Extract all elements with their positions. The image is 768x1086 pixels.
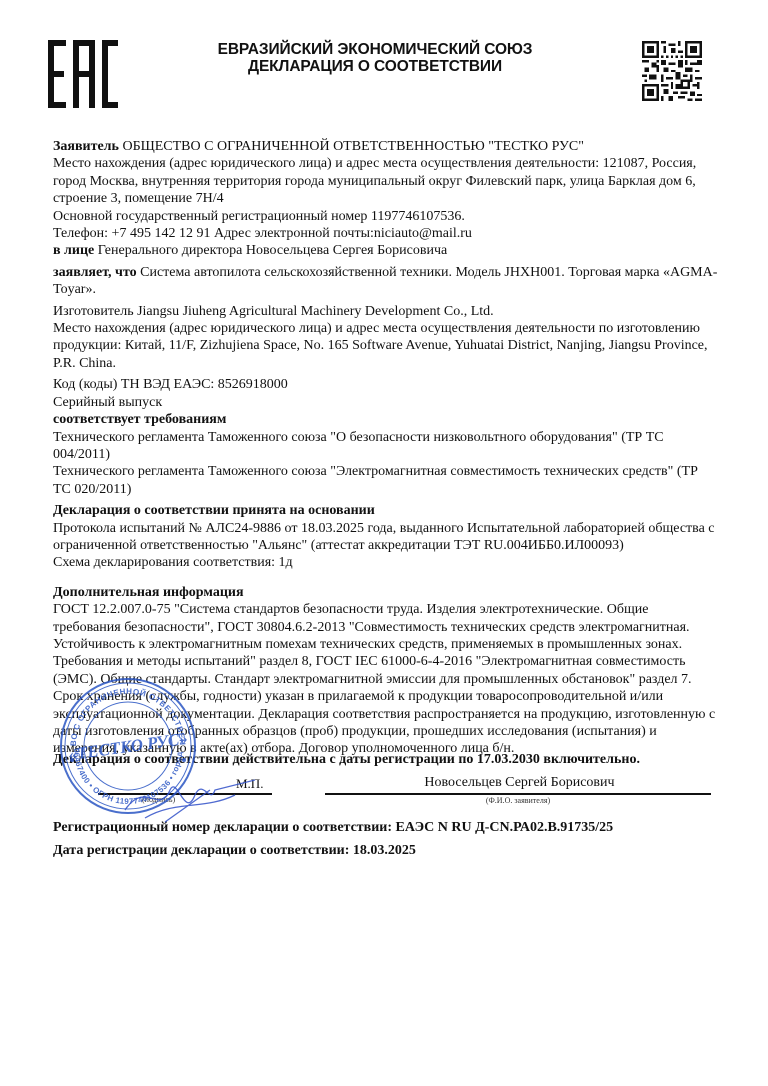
complies-label: соответствует требованиям: [53, 411, 718, 428]
regulation-item: Технического регламента Таможенного союз…: [53, 429, 718, 464]
applicant-address: Место нахождения (адрес юридического лиц…: [53, 155, 718, 207]
manufacturer: Изготовитель Jiangsu Jiuheng Agricultura…: [53, 303, 718, 320]
basis-text: Протокола испытаний № АЛС24-9886 от 18.0…: [53, 520, 718, 555]
product-description: Система автопилота сельскохозяйственной …: [53, 265, 717, 297]
declaration-body: Заявитель ОБЩЕСТВО С ОГРАНИЧЕННОЙ ОТВЕТС…: [53, 138, 718, 758]
applicant-label: Заявитель: [53, 139, 119, 154]
applicant-name: ОБЩЕСТВО С ОГРАНИЧЕННОЙ ОТВЕТСТВЕННОСТЬЮ…: [119, 139, 584, 154]
production-type: Серийный выпуск: [53, 394, 718, 411]
document-header: ЕВРАЗИЙСКИЙ ЭКОНОМИЧЕСКИЙ СОЮЗ ДЕКЛАРАЦИ…: [160, 41, 590, 75]
manufacturer-address: Место нахождения (адрес юридического лиц…: [53, 320, 718, 372]
represented-name: Генерального директора Новосельцева Серг…: [94, 243, 447, 258]
signer-caption: (Ф.И.О. заявителя): [325, 796, 711, 805]
represented-label: в лице: [53, 243, 94, 258]
union-title: ЕВРАЗИЙСКИЙ ЭКОНОМИЧЕСКИЙ СОЮЗ: [160, 41, 590, 58]
product-line: заявляет, что Система автопилота сельско…: [53, 264, 718, 299]
declares-label: заявляет, что: [53, 265, 137, 280]
declaration-document: ЕВРАЗИЙСКИЙ ЭКОНОМИЧЕСКИЙ СОЮЗ ДЕКЛАРАЦИ…: [0, 0, 768, 1086]
signature-icon: [115, 760, 265, 830]
represented-by-line: в лице Генерального директора Новосельце…: [53, 242, 718, 259]
registration-date: Дата регистрации декларации о соответств…: [53, 843, 416, 859]
applicant-contacts: Телефон: +7 495 142 12 91 Адрес электрон…: [53, 225, 718, 242]
hs-code: Код (коды) ТН ВЭД ЕАЭС: 8526918000: [53, 376, 718, 393]
declaration-scheme: Схема декларирования соответствия: 1д: [53, 554, 718, 571]
regulation-item: Технического регламента Таможенного союз…: [53, 463, 718, 498]
applicant-line: Заявитель ОБЩЕСТВО С ОГРАНИЧЕННОЙ ОТВЕТС…: [53, 138, 718, 155]
basis-label: Декларация о соответствии принята на осн…: [53, 502, 718, 519]
applicant-ogrn: Основной государственный регистрационный…: [53, 208, 718, 225]
additional-info-label: Дополнительная информация: [53, 584, 718, 601]
signer-name-line: [325, 793, 711, 795]
signer-name: Новосельцев Сергей Борисович: [328, 775, 711, 791]
document-title: ДЕКЛАРАЦИЯ О СООТВЕТСТВИИ: [160, 58, 590, 75]
eac-logo-icon: [46, 40, 120, 108]
qr-code-icon[interactable]: [642, 41, 702, 101]
